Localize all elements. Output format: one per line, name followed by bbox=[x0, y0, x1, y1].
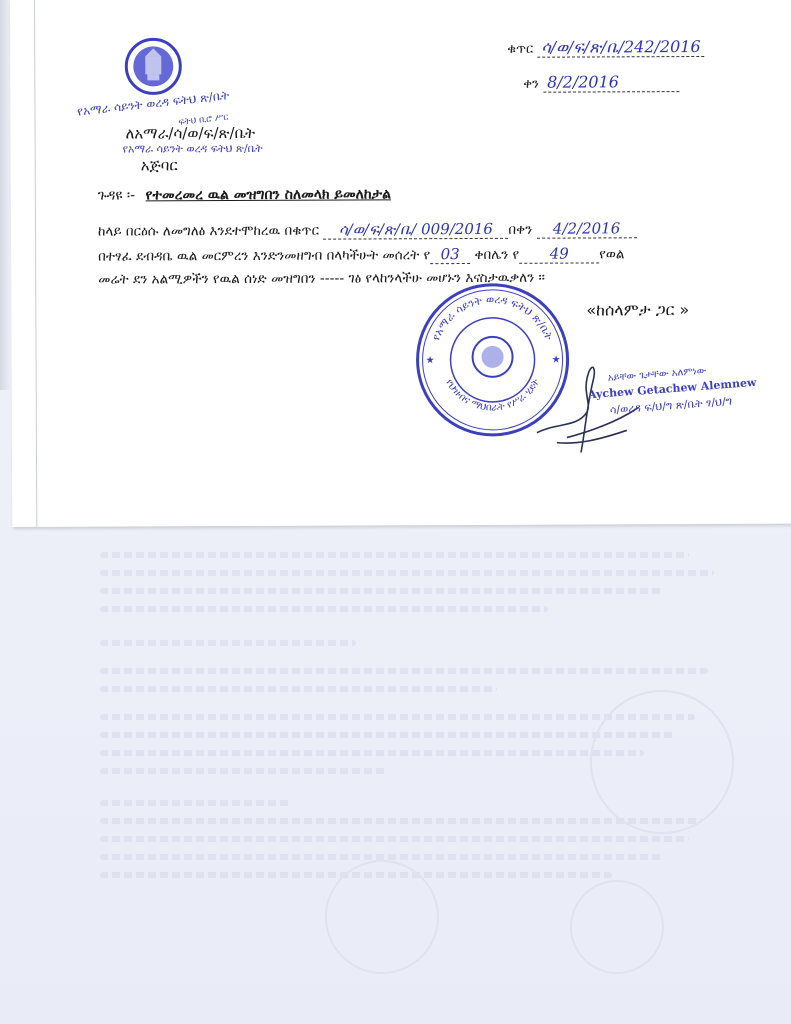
left-paper-shadow bbox=[0, 0, 10, 390]
reference-number-row: ቁጥር ሳ/ወ/ፍ/ጽ/ቤ/242/2016 bbox=[507, 37, 704, 58]
paper-fold-line bbox=[34, 0, 37, 527]
body-text: ቀበሌን የ bbox=[474, 247, 519, 263]
subject-label: ጉዳዩ ፡- bbox=[98, 187, 135, 203]
recipient-stamp-overlay: የአማራ ሳይንት ወረዳ ፍትህ ጽ/ቤት bbox=[123, 142, 263, 157]
reference-number-value: ሳ/ወ/ፍ/ጽ/ቤ/242/2016 bbox=[537, 37, 704, 58]
bleed-through-seal bbox=[570, 880, 664, 974]
body-line-2: በተፃፈ ደብዳቤ ዉል መርምረን እንድንመዘግብ በላካችሁት መሰረት … bbox=[98, 244, 624, 265]
letter-paper: የአማራ ሳይንት ወረዳ ፍትህ ጽ/ቤት ፍትህ ቢሮ ሥር ቁጥር ሳ/ወ… bbox=[10, 0, 791, 527]
emblem-seal-icon bbox=[123, 36, 183, 96]
body-date-fill: 4/2/2016 bbox=[537, 219, 637, 238]
closing-greeting: «ከሰላምታ ጋር » bbox=[586, 300, 689, 320]
subject-line: ጉዳዩ ፡- የተመረመረ ዉል መዝግበን ስለመላክ ይመለከታል bbox=[98, 186, 391, 203]
subject-text: የተመረመረ ዉል መዝግበን ስለመላክ ይመለከታል bbox=[146, 186, 391, 203]
reference-number-label: ቁጥር bbox=[507, 42, 533, 57]
body-reference-fill: ሳ/ወ/ፍ/ጽ/ቤ/ 009/2016 bbox=[323, 220, 508, 240]
svg-text:★: ★ bbox=[426, 355, 435, 366]
reference-date-value: 8/2/2016 bbox=[543, 72, 679, 93]
bleed-through-seal bbox=[590, 690, 734, 834]
body-text: በቀን bbox=[508, 222, 532, 238]
recipient-city: አጅባር bbox=[141, 156, 178, 174]
reference-date-label: ቀን bbox=[523, 77, 539, 92]
body-text: ከላይ በርዕሱ ለመግለፅ እንደተሞከረዉ በቁጥር bbox=[98, 223, 319, 240]
recipient-line: ለአማራ/ሳ/ወ/ፍ/ጽ/ቤት bbox=[126, 124, 256, 143]
body-developer-count-fill: 49 bbox=[519, 244, 599, 263]
body-text: በተፃፈ ደብዳቤ ዉል መርምረን እንድንመዘግብ በላካችሁት መሰረት … bbox=[98, 247, 430, 264]
body-text: የወል bbox=[599, 246, 624, 262]
body-kebele-count-fill: 03 bbox=[430, 245, 470, 264]
body-line-1: ከላይ በርዕሱ ለመግለፅ እንደተሞከረዉ በቁጥር ሳ/ወ/ፍ/ጽ/ቤ/ … bbox=[98, 219, 637, 240]
bleed-through-seal bbox=[325, 860, 439, 974]
reference-date-row: ቀን 8/2/2016 bbox=[523, 72, 679, 92]
